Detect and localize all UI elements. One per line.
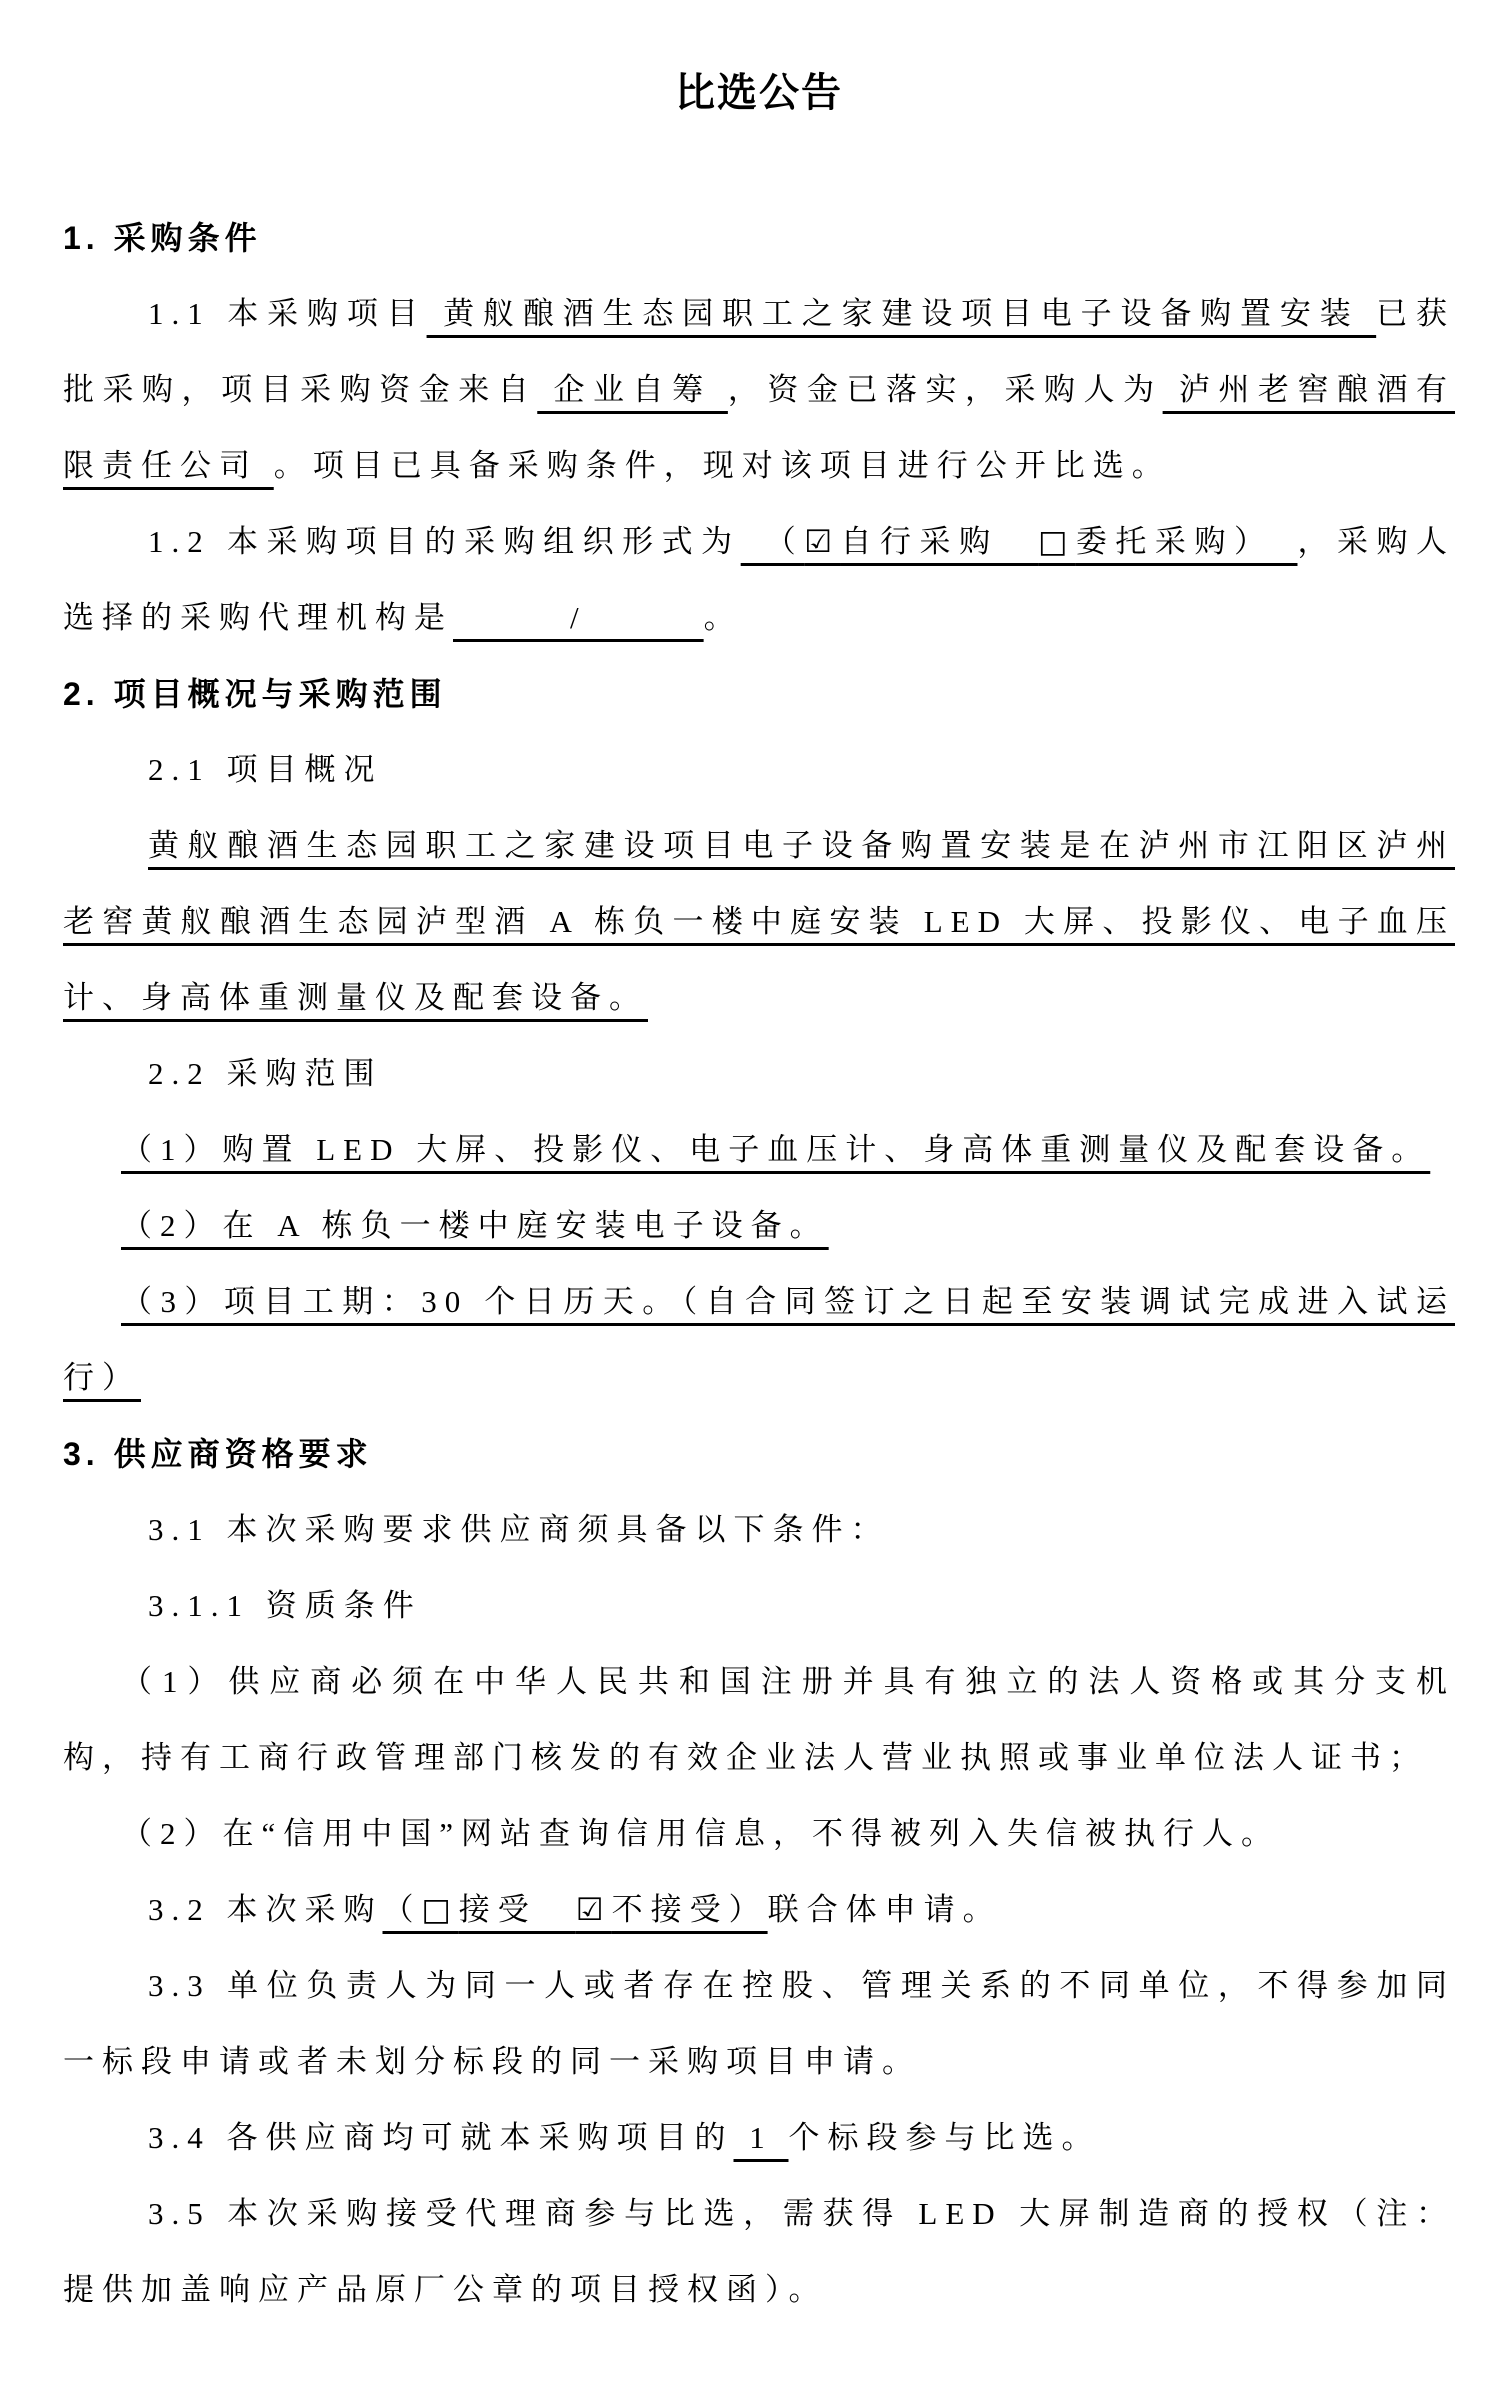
qualification-item-1: （1）供应商必须在中华人民共和国注册并具有独立的法人资格或其分支机构，持有工商行… <box>63 1644 1455 1796</box>
page-title: 比选公告 <box>63 58 1455 128</box>
blank-lot-count: 1 <box>734 2120 789 2155</box>
clause-3-4-text: 个标段参与比选。 <box>789 2120 1101 2155</box>
clause-3-2: 3.2 本次采购（□接受 ☑不接受）联合体申请。 <box>63 1872 1455 1948</box>
option-accept: 接受 <box>459 1892 576 1927</box>
clause-3-2-text: 联合体申请。 <box>768 1892 1002 1927</box>
qualification-item-2: （2）在“信用中国”网站查询信用信息，不得被列入失信被执行人。 <box>63 1796 1455 1872</box>
clause-3-5: 3.5 本次采购接受代理商参与比选，需获得 LED 大屏制造商的授权（注：提供加… <box>63 2176 1455 2328</box>
clause-1-1: 1.1 本采购项目 黄舣酿酒生态园职工之家建设项目电子设备购置安装 已获批采购，… <box>63 276 1455 504</box>
clause-1-1-text: 。项目已具备采购条件，现对该项目进行公开比选。 <box>274 448 1171 483</box>
blank-agency-name: / <box>453 600 704 635</box>
scope-item-1-underlined: （1）购置 LED 大屏、投影仪、电子血压计、身高体重测量仪及配套设备。 <box>121 1132 1430 1167</box>
clause-1-2: 1.2 本采购项目的采购组织形式为 （☑自行采购 □委托采购） ，采购人选择的采… <box>63 504 1455 656</box>
clause-3-1-1: 3.1.1 资质条件 <box>63 1568 1455 1644</box>
scope-item-1: （1）购置 LED 大屏、投影仪、电子血压计、身高体重测量仪及配套设备。 <box>63 1112 1455 1188</box>
clause-3-4: 3.4 各供应商均可就本采购项目的 1 个标段参与比选。 <box>63 2100 1455 2176</box>
clause-2-2-heading: 2.2 采购范围 <box>63 1036 1455 1112</box>
blank-org-form: （ <box>741 524 805 559</box>
clause-1-2-text: 1.2 本采购项目的采购组织形式为 <box>148 524 741 559</box>
clause-1-1-text: ，资金已落实，采购人为 <box>728 372 1163 407</box>
blank-project-name: 黄舣酿酒生态园职工之家建设项目电子设备购置安装 <box>427 296 1377 331</box>
clause-3-3: 3.3 单位负责人为同一人或者存在控股、管理关系的不同单位，不得参加同一标段申请… <box>63 1948 1455 2100</box>
clause-1-2-text: 。 <box>704 600 743 635</box>
clause-3-2-text: 3.2 本次采购 <box>148 1892 383 1927</box>
blank-fund-source: 企业自筹 <box>537 372 728 407</box>
scope-item-2: （2）在 A 栋负一楼中庭安装电子设备。 <box>63 1188 1455 1264</box>
project-overview-underlined: 黄舣酿酒生态园职工之家建设项目电子设备购置安装是在泸州市江阳区泸州老窖黄舣酿酒生… <box>63 828 1455 1015</box>
option-self-procurement: 自行采购 <box>840 524 1038 559</box>
clause-3-4-text: 3.4 各供应商均可就本采购项目的 <box>148 2120 734 2155</box>
clause-2-1-heading: 2.1 项目概况 <box>63 732 1455 808</box>
scope-item-2-underlined: （2）在 A 栋负一楼中庭安装电子设备。 <box>121 1208 829 1243</box>
clause-3-1: 3.1 本次采购要求供应商须具备以下条件： <box>63 1492 1455 1568</box>
checkbox-unchecked-icon: □ <box>422 1892 459 1928</box>
section-1-heading: 1. 采购条件 <box>63 200 1455 276</box>
blank-consortium: （ <box>383 1892 422 1927</box>
option-entrusted-procurement: 委托采购） <box>1076 524 1298 559</box>
scope-item-3-underlined: （3）项目工期：30 个日历天。（自合同签订之日起至安装调试完成进入试运行） <box>63 1284 1455 1395</box>
scope-item-3: （3）项目工期：30 个日历天。（自合同签订之日起至安装调试完成进入试运行） <box>63 1264 1455 1416</box>
checkbox-checked-icon: ☑ <box>576 1892 612 1928</box>
section-3-heading: 3. 供应商资格要求 <box>63 1416 1455 1492</box>
checkbox-checked-icon: ☑ <box>804 524 840 560</box>
clause-2-1-body: 黄舣酿酒生态园职工之家建设项目电子设备购置安装是在泸州市江阳区泸州老窖黄舣酿酒生… <box>63 808 1455 1036</box>
checkbox-unchecked-icon: □ <box>1038 524 1076 560</box>
section-2-heading: 2. 项目概况与采购范围 <box>63 656 1455 732</box>
option-not-accept: 不接受） <box>612 1892 768 1927</box>
clause-1-1-text: 1.1 本采购项目 <box>148 296 427 331</box>
document-page: 比选公告 1. 采购条件 1.1 本采购项目 黄舣酿酒生态园职工之家建设项目电子… <box>0 0 1500 2389</box>
